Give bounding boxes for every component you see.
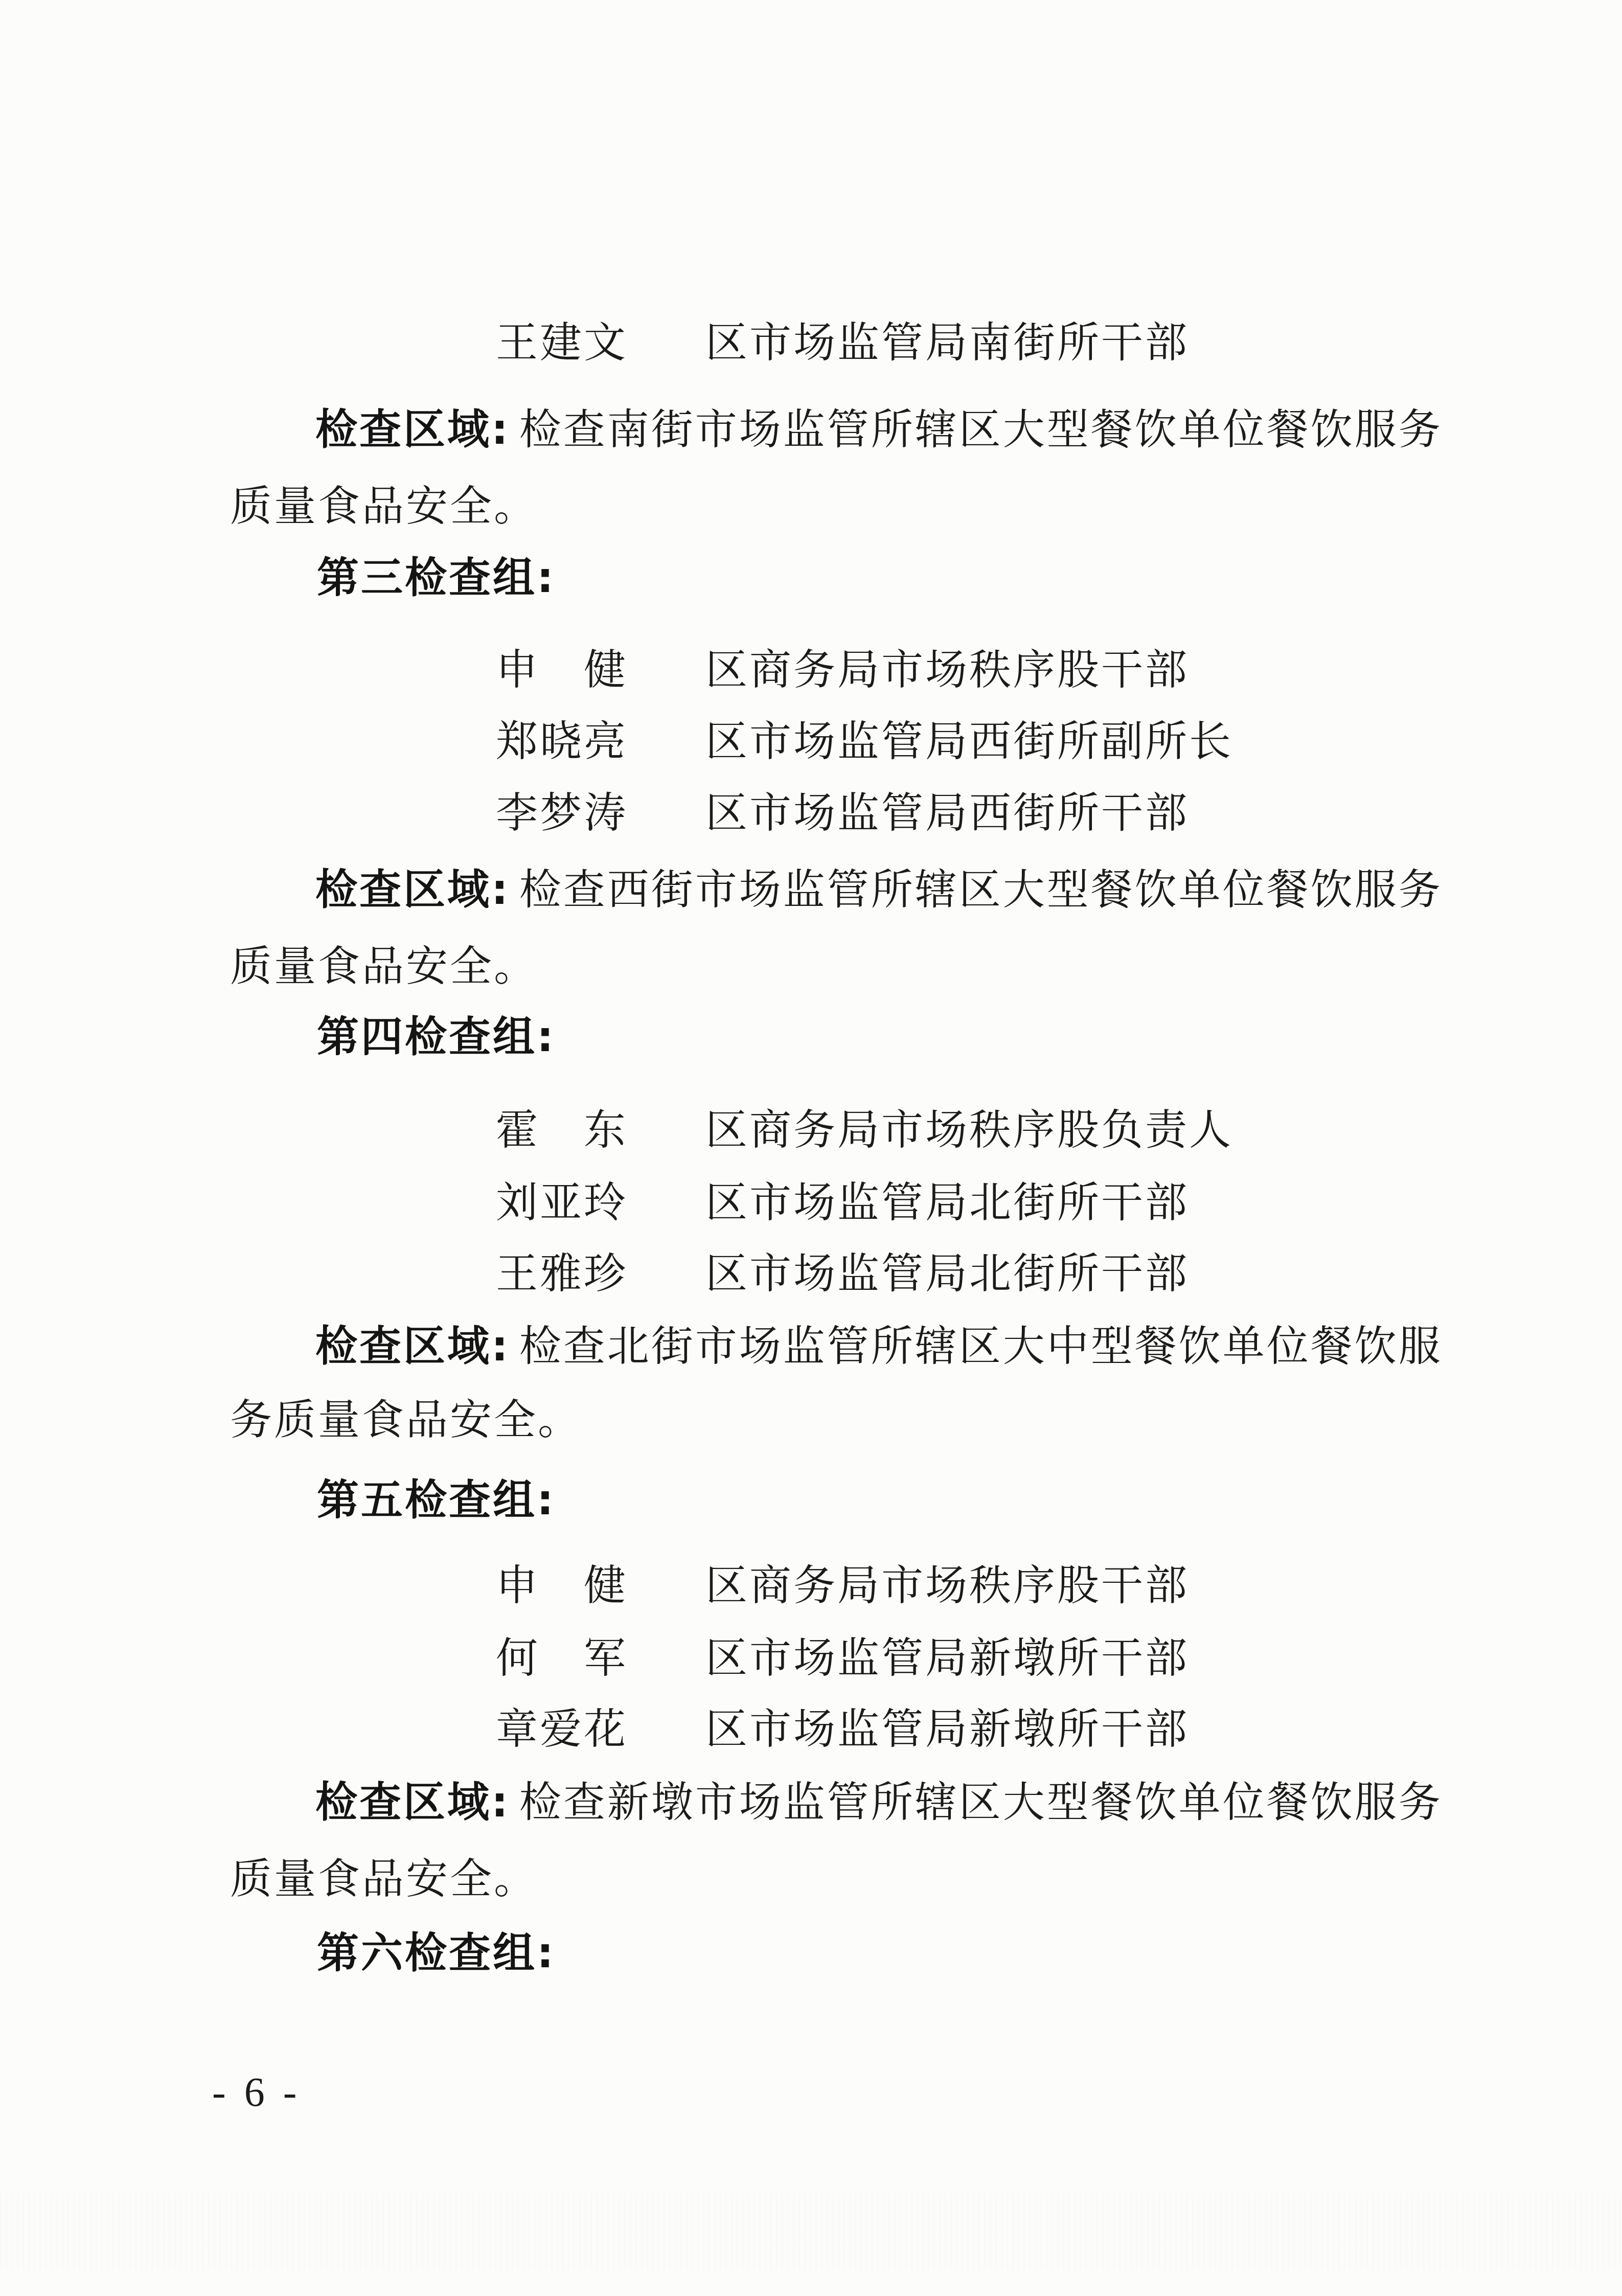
member-name: 申 健 — [496, 1562, 705, 1609]
member-name: 刘亚玲 — [496, 1179, 705, 1226]
member-title: 区商务局市场秩序股负责人 — [705, 1107, 1233, 1154]
member-row: 申 健区商务局市场秩序股干部 — [496, 647, 1189, 694]
member-row: 章爱花区市场监管局新墩所干部 — [496, 1706, 1189, 1753]
region-text: 检查新墩市场监管所辖区大型餐饮单位餐饮服务 — [519, 1779, 1443, 1826]
member-name: 郑晓亮 — [496, 718, 705, 765]
group-heading: 第五检查组: — [317, 1477, 556, 1524]
member-title: 区商务局市场秩序股干部 — [705, 647, 1189, 694]
region-text: 质量食品安全。 — [230, 483, 538, 530]
region-line-2: 质量食品安全。 — [230, 943, 538, 990]
region-text: 检查北街市场监管所辖区大中型餐饮单位餐饮服 — [519, 1323, 1443, 1370]
region-text: 检查西街市场监管所辖区大型餐饮单位餐饮服务 — [519, 867, 1443, 913]
member-row: 王建文区市场监管局南街所干部 — [496, 320, 1189, 367]
region-line-1: 检查区域:检查南街市场监管所辖区大型餐饮单位餐饮服务 — [315, 406, 1443, 453]
member-row: 何 军区市场监管局新墩所干部 — [496, 1635, 1189, 1682]
member-row: 李梦涛区市场监管局西街所干部 — [496, 790, 1189, 837]
group-heading-label: 第三检查组: — [317, 554, 556, 602]
region-text: 质量食品安全。 — [230, 943, 538, 990]
region-label: 检查区域: — [315, 405, 510, 454]
region-label: 检查区域: — [315, 1322, 510, 1371]
group-heading-label: 第六检查组: — [317, 1929, 556, 1977]
member-title: 区市场监管局新墩所干部 — [705, 1706, 1189, 1753]
member-title: 区市场监管局北街所干部 — [705, 1251, 1189, 1298]
member-title: 区市场监管局南街所干部 — [705, 320, 1189, 367]
region-line-1: 检查区域:检查西街市场监管所辖区大型餐饮单位餐饮服务 — [315, 867, 1443, 914]
region-line-1: 检查区域:检查新墩市场监管所辖区大型餐饮单位餐饮服务 — [315, 1779, 1443, 1826]
region-line-1: 检查区域:检查北街市场监管所辖区大中型餐饮单位餐饮服 — [315, 1323, 1443, 1370]
member-row: 霍 东区商务局市场秩序股负责人 — [496, 1107, 1233, 1154]
region-text: 质量食品安全。 — [230, 1856, 538, 1902]
group-heading: 第三检查组: — [317, 555, 556, 602]
region-text: 检查南街市场监管所辖区大型餐饮单位餐饮服务 — [519, 406, 1443, 453]
group-heading-label: 第五检查组: — [317, 1476, 556, 1525]
member-name: 何 军 — [496, 1635, 705, 1682]
member-name: 王建文 — [496, 320, 705, 367]
group-heading-label: 第四检查组: — [317, 1013, 556, 1061]
member-row: 申 健区商务局市场秩序股干部 — [496, 1562, 1189, 1609]
region-line-2: 质量食品安全。 — [230, 483, 538, 530]
scanned-document-page: 王建文区市场监管局南街所干部 检查区域:检查南街市场监管所辖区大型餐饮单位餐饮服… — [0, 0, 1622, 2296]
scan-noise-artifact — [0, 2193, 1622, 2270]
region-label: 检查区域: — [315, 866, 510, 914]
member-row: 王雅珍区市场监管局北街所干部 — [496, 1251, 1189, 1298]
region-text: 务质量食品安全。 — [230, 1397, 582, 1443]
member-name: 申 健 — [496, 647, 705, 694]
member-title: 区市场监管局西街所副所长 — [705, 718, 1233, 765]
member-row: 郑晓亮区市场监管局西街所副所长 — [496, 718, 1233, 765]
group-heading: 第四检查组: — [317, 1014, 556, 1061]
region-line-2: 务质量食品安全。 — [230, 1397, 582, 1444]
region-label: 检查区域: — [315, 1778, 510, 1827]
member-name: 李梦涛 — [496, 790, 705, 837]
group-heading: 第六检查组: — [317, 1930, 556, 1977]
member-row: 刘亚玲区市场监管局北街所干部 — [496, 1179, 1189, 1226]
region-line-2: 质量食品安全。 — [230, 1856, 538, 1903]
member-title: 区商务局市场秩序股干部 — [705, 1562, 1189, 1609]
member-name: 王雅珍 — [496, 1251, 705, 1298]
member-name: 霍 东 — [496, 1107, 705, 1154]
member-title: 区市场监管局北街所干部 — [705, 1179, 1189, 1226]
member-name: 章爱花 — [496, 1706, 705, 1753]
page-number: - 6 - — [212, 2070, 301, 2116]
member-title: 区市场监管局新墩所干部 — [705, 1635, 1189, 1682]
member-title: 区市场监管局西街所干部 — [705, 790, 1189, 837]
